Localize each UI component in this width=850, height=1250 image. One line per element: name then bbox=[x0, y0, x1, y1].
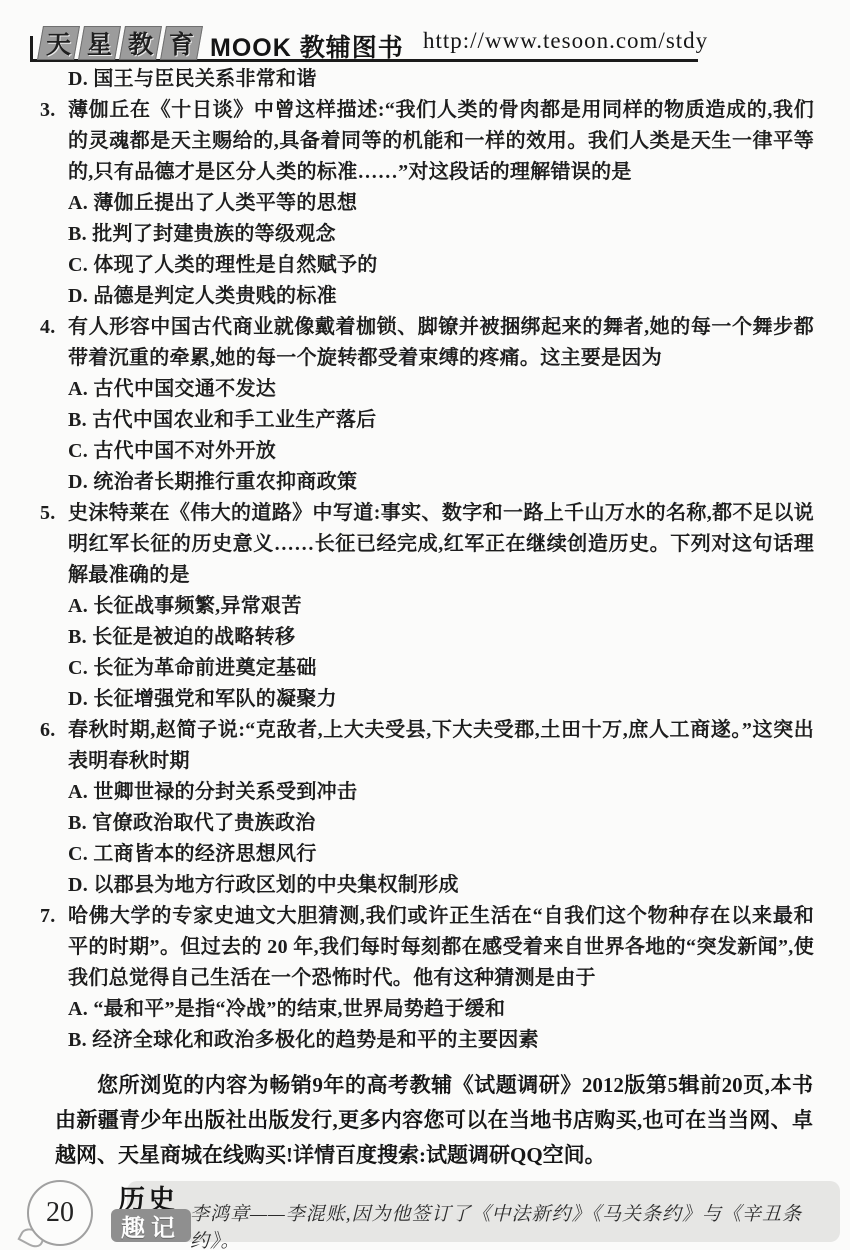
logo-tile: 育 bbox=[160, 26, 203, 60]
option-b: B. 官僚政治取代了贵族政治 bbox=[68, 808, 814, 839]
question-stem: 哈佛大学的专家史迪文大胆猜测,我们或许正生活在“自我们这个物种存在以来最和平的时… bbox=[68, 901, 814, 994]
option-b: B. 经济全球化和政治多极化的趋势是和平的主要因素 bbox=[68, 1025, 814, 1056]
promo-notice: 您所浏览的内容为畅销9年的高考教辅《试题调研》2012版第5辑前20页,本书由新… bbox=[55, 1068, 813, 1173]
question-5: 5. 史沫特莱在《伟大的道路》中写道:事实、数字和一路上千山万水的名称,都不足以… bbox=[40, 498, 814, 715]
question-stem: 有人形容中国古代商业就像戴着枷锁、脚镣并被捆绑起来的舞者,她的每一个舞步都带着沉… bbox=[68, 312, 814, 374]
option-a: A. 古代中国交通不发达 bbox=[68, 374, 814, 405]
fun-fact-text: 李鸿章——李混账,因为他签订了《中法新约》《马关条约》与《辛丑条约》。 bbox=[190, 1199, 850, 1250]
question-number: 7. bbox=[40, 901, 68, 932]
logo-tile: 天 bbox=[37, 26, 80, 60]
header-url: http://www.tesoon.com/stdy bbox=[423, 28, 708, 54]
option-c: C. 工商皆本的经济思想风行 bbox=[68, 839, 814, 870]
carryover-option-d: D. 国王与臣民关系非常和谐 bbox=[40, 64, 814, 95]
logo-char: 育 bbox=[169, 25, 194, 61]
option-c: C. 古代中国不对外开放 bbox=[68, 436, 814, 467]
tianxing-logo: 天 星 教 育 bbox=[40, 26, 200, 60]
question-stem: 春秋时期,赵简子说:“克敌者,上大夫受县,下大夫受郡,土田十万,庶人工商遂。”这… bbox=[68, 715, 814, 777]
option-b: B. 长征是被迫的战略转移 bbox=[68, 622, 814, 653]
logo-char: 教 bbox=[128, 25, 153, 61]
question-number: 4. bbox=[40, 312, 68, 343]
question-body: D. 国王与臣民关系非常和谐 3. 薄伽丘在《十日谈》中曾这样描述:“我们人类的… bbox=[40, 64, 814, 1056]
question-number: 5. bbox=[40, 498, 68, 529]
logo-char: 天 bbox=[46, 25, 71, 61]
column-label-quji: 趣记 bbox=[111, 1209, 191, 1242]
brand-suffix-text: MOOK 教辅图书 bbox=[210, 28, 404, 64]
question-stem: 薄伽丘在《十日谈》中曾这样描述:“我们人类的骨肉都是用同样的物质造成的,我们的灵… bbox=[68, 95, 814, 188]
option-a: A. “最和平”是指“冷战”的结束,世界局势趋于缓和 bbox=[68, 994, 814, 1025]
option-a: A. 世卿世禄的分封关系受到冲击 bbox=[68, 777, 814, 808]
option-d: D. 以郡县为地方行政区划的中央集权制形成 bbox=[68, 870, 814, 901]
question-number: 6. bbox=[40, 715, 68, 746]
question-stem: 史沫特莱在《伟大的道路》中写道:事实、数字和一路上千山万水的名称,都不足以说明红… bbox=[68, 498, 814, 591]
option-c: C. 长征为革命前进奠定基础 bbox=[68, 653, 814, 684]
page-number-badge: 20 bbox=[27, 1180, 93, 1246]
question-7: 7. 哈佛大学的专家史迪文大胆猜测,我们或许正生活在“自我们这个物种存在以来最和… bbox=[40, 901, 814, 1056]
option-d: D. 统治者长期推行重农抑商政策 bbox=[68, 467, 814, 498]
question-3: 3. 薄伽丘在《十日谈》中曾这样描述:“我们人类的骨肉都是用同样的物质造成的,我… bbox=[40, 95, 814, 312]
question-number: 3. bbox=[40, 95, 68, 126]
option-d: D. 品德是判定人类贵贱的标准 bbox=[68, 281, 814, 312]
option-a: A. 长征战事频繁,异常艰苦 bbox=[68, 591, 814, 622]
logo-char: 星 bbox=[87, 25, 112, 61]
question-6: 6. 春秋时期,赵简子说:“克敌者,上大夫受县,下大夫受郡,土田十万,庶人工商遂… bbox=[40, 715, 814, 901]
question-4: 4. 有人形容中国古代商业就像戴着枷锁、脚镣并被捆绑起来的舞者,她的每一个舞步都… bbox=[40, 312, 814, 498]
scanned-book-page: 天 星 教 育 MOOK 教辅图书 http://www.tesoon.com/… bbox=[0, 0, 850, 1250]
option-b: B. 古代中国农业和手工业生产落后 bbox=[68, 405, 814, 436]
option-d: D. 长征增强党和军队的凝聚力 bbox=[68, 684, 814, 715]
option-b: B. 批判了封建贵族的等级观念 bbox=[68, 219, 814, 250]
logo-tile: 教 bbox=[119, 26, 162, 60]
logo-tile: 星 bbox=[78, 26, 121, 60]
option-a: A. 薄伽丘提出了人类平等的思想 bbox=[68, 188, 814, 219]
option-c: C. 体现了人类的理性是自然赋予的 bbox=[68, 250, 814, 281]
